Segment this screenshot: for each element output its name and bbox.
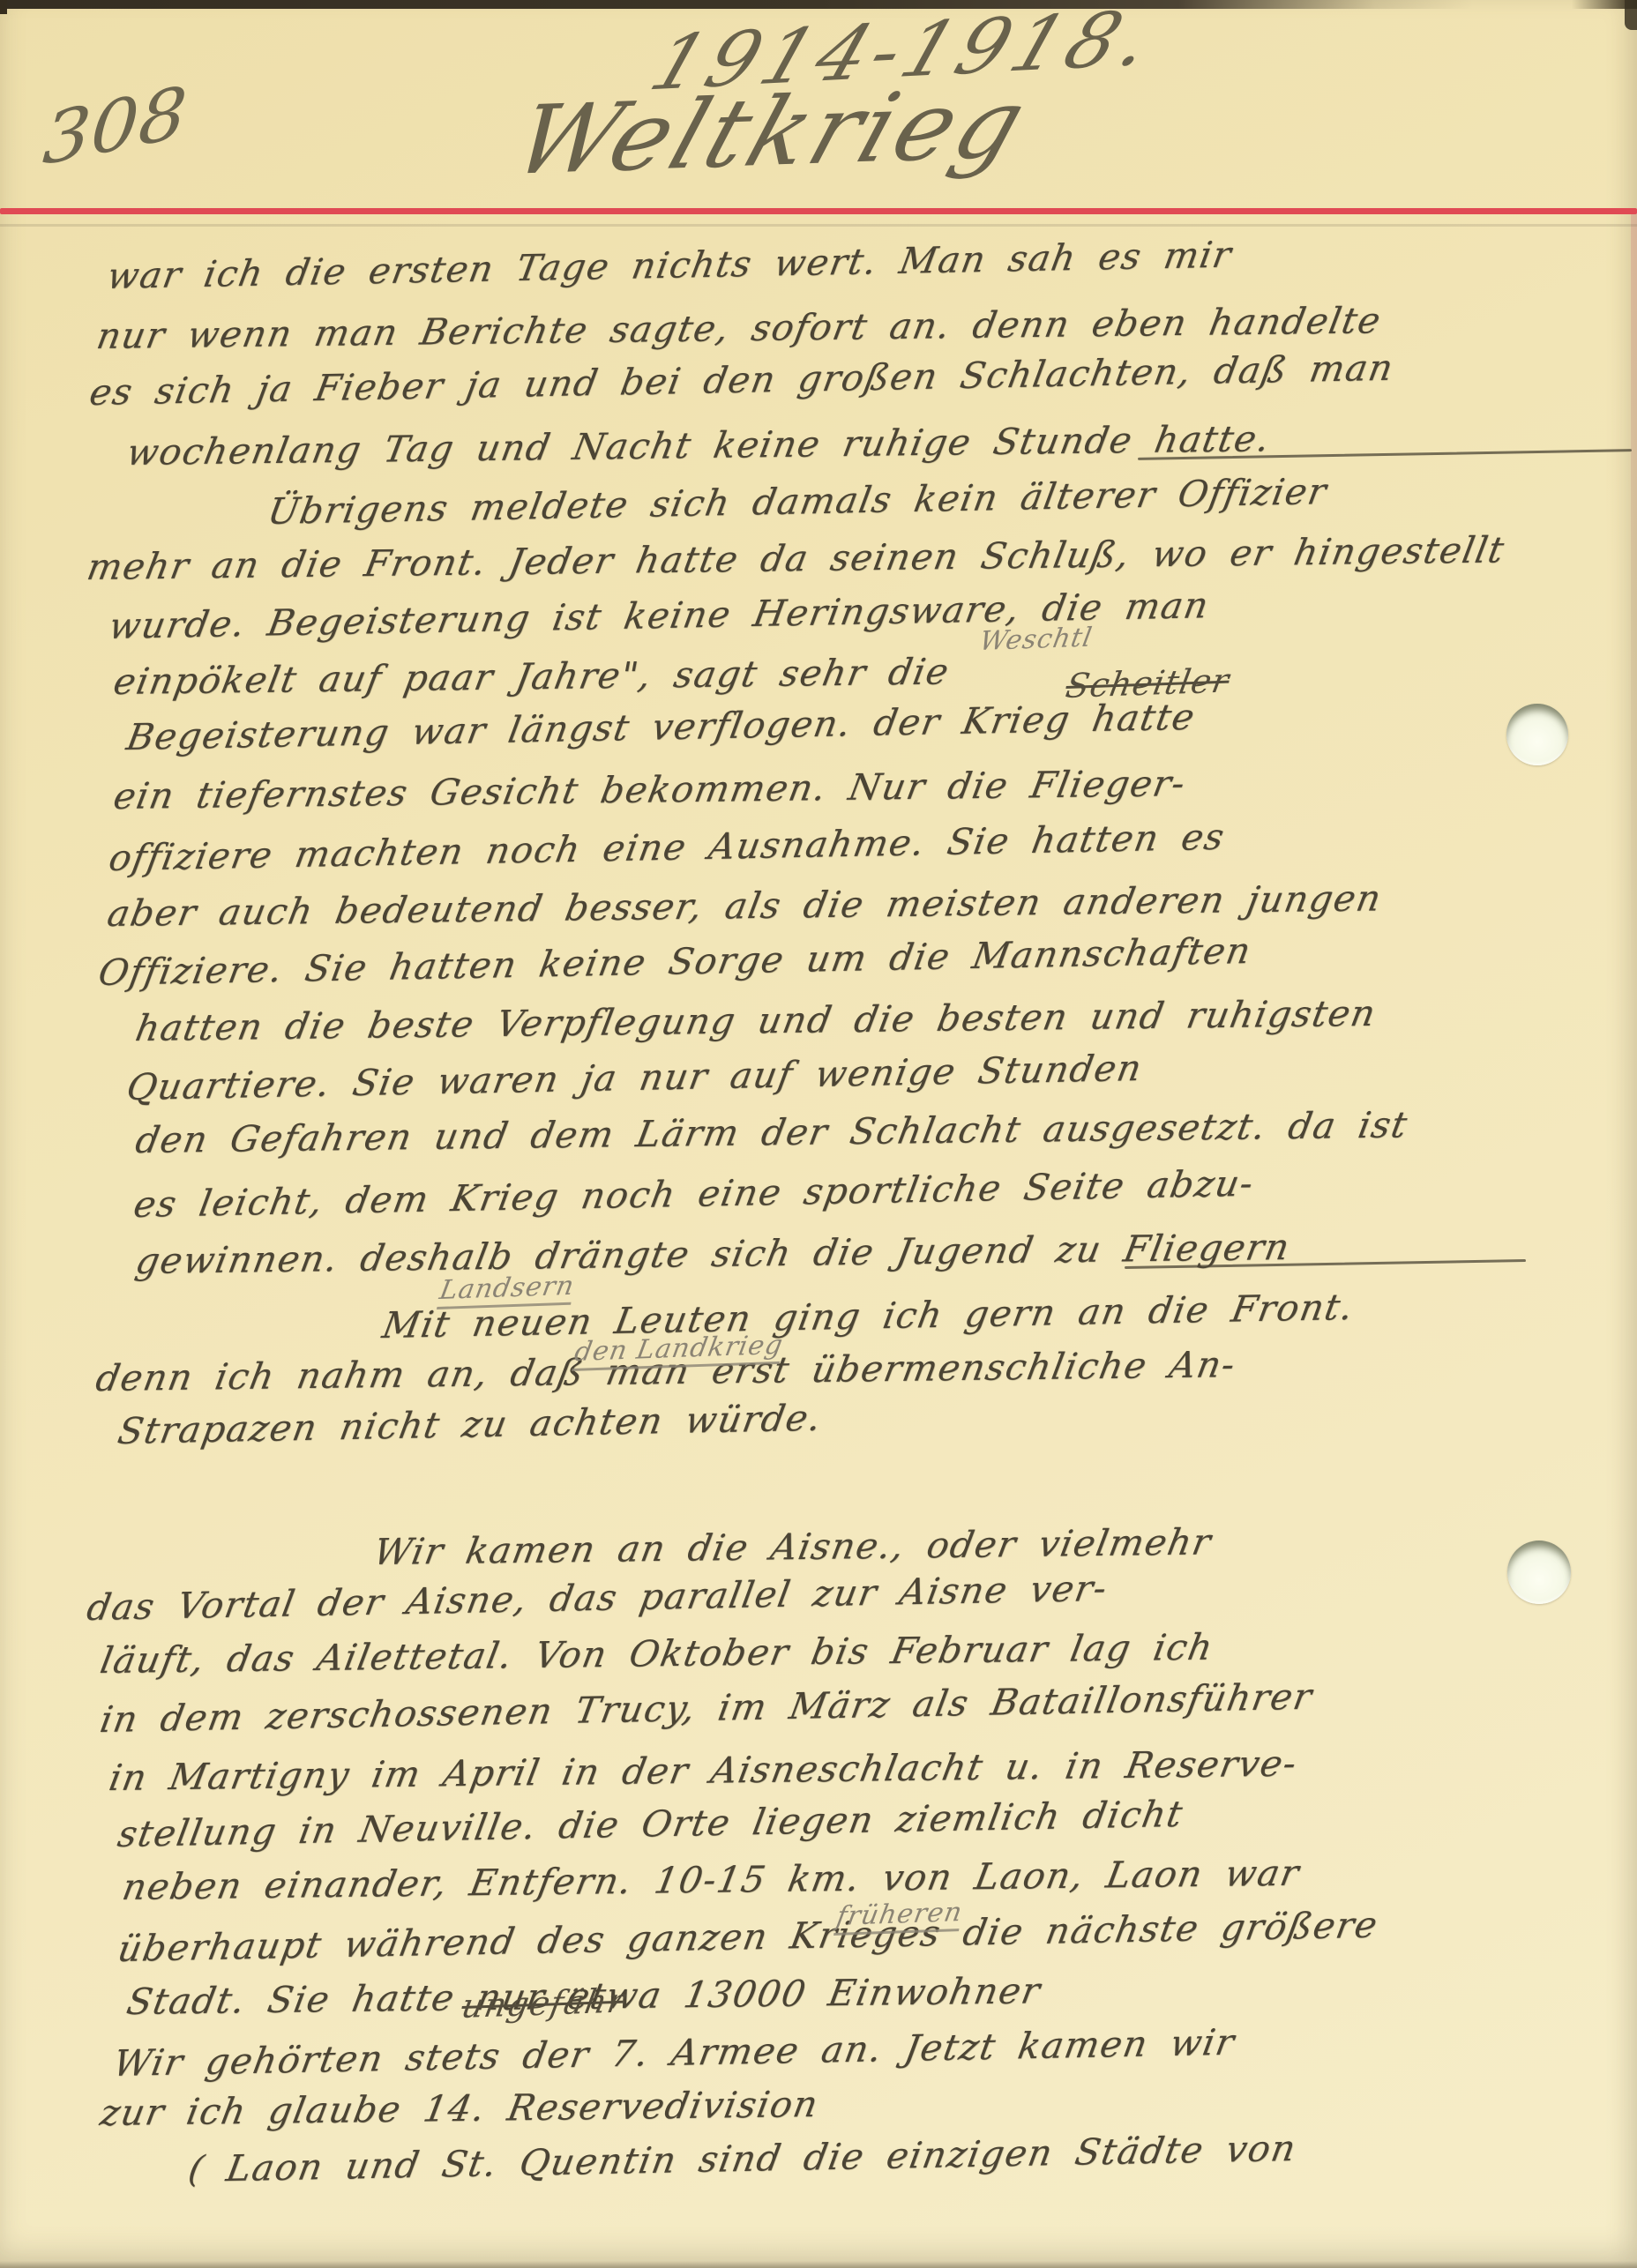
scan-edge-right: [1631, 212, 1637, 1005]
annotation-ink-struck: ungefähr: [459, 1981, 628, 2026]
scanned-manuscript-page: 308 1914-1918. Weltkrieg war ich die ers…: [0, 0, 1637, 2268]
manuscript-line: zur ich glaube 14. Reservedivision: [97, 2083, 822, 2134]
red-header-rule: [0, 208, 1637, 214]
annotation-pencil: Weschtl: [977, 623, 1095, 657]
annotation-ink-struck: Scheitler: [1063, 661, 1233, 705]
embossed-guide-line: [0, 224, 1637, 227]
punch-hole: [1507, 1541, 1571, 1604]
scan-edge-bottom: [0, 2261, 1637, 2268]
annotation-pencil-underline: früheren: [833, 1897, 965, 1936]
scan-corner-top-right: [1625, 0, 1637, 30]
scan-corner-top-left: [0, 0, 7, 14]
annotation-pencil-underline: Landsern: [437, 1271, 577, 1309]
scan-edge-top: [0, 0, 1637, 9]
header-title: Weltkrieg: [501, 69, 1042, 197]
punch-hole: [1506, 704, 1568, 765]
